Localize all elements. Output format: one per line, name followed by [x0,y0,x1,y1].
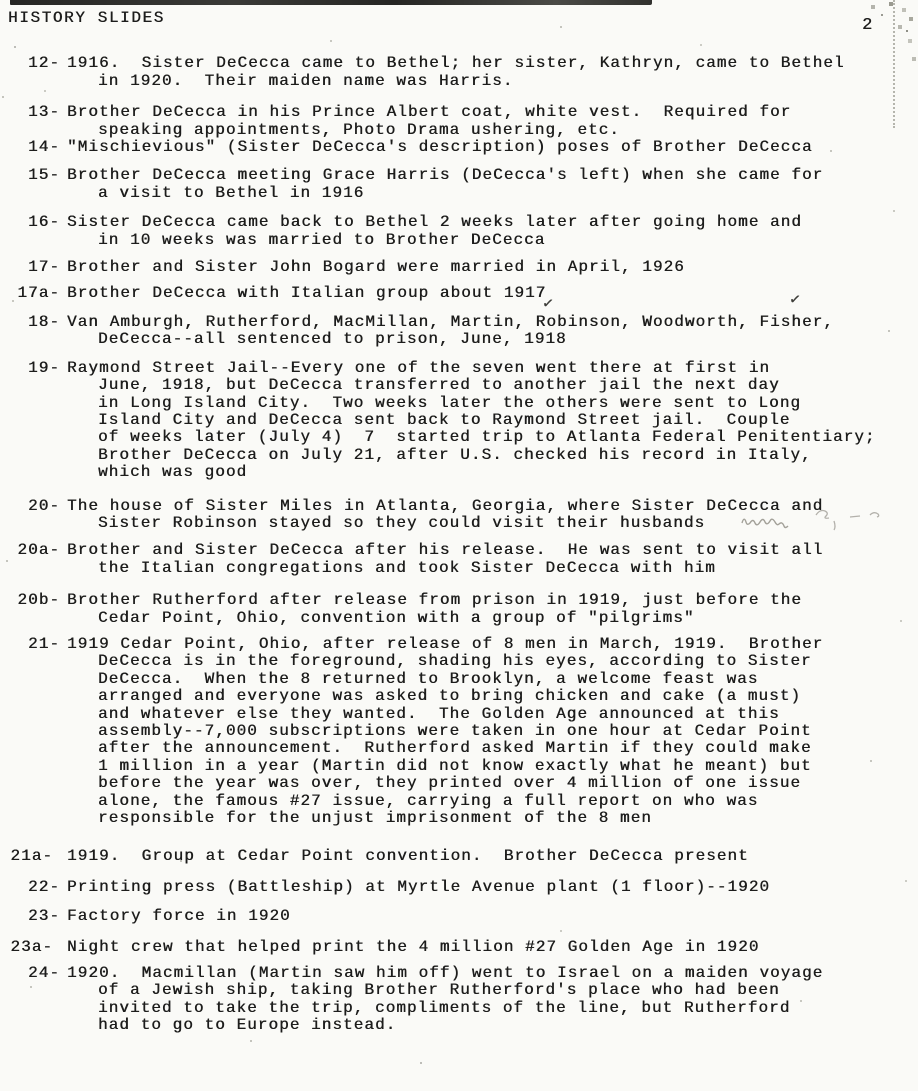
slide-description: 1919 Cedar Point, Ohio, after release of… [67,636,823,827]
slide-item-20b: 20b- Brother Rutherford after release fr… [8,592,918,627]
slide-description: Night crew that helped print the 4 milli… [67,939,759,956]
slide-description: 1916. Sister DeCecca came to Bethel; her… [67,55,845,90]
slide-number: 23- [8,908,60,925]
slide-item-17: 17- Brother and Sister John Bogard were … [8,259,918,276]
slide-number: 20b- [8,592,60,627]
slide-number: 19- [8,360,60,482]
slide-item-23a: 23a- Night crew that helped print the 4 … [8,939,918,956]
slide-item-13: 13- Brother DeCecca in his Prince Albert… [8,104,918,139]
slide-item-15: 15- Brother DeCecca meeting Grace Harris… [8,167,918,202]
slide-description: Brother Rutherford after release from pr… [67,592,802,627]
slide-number: 23a- [1,939,53,956]
slide-item-19: 19- Raymond Street Jail--Every one of th… [8,360,918,482]
scan-artifact-speckles [0,0,2,2]
slide-description: Raymond Street Jail--Every one of the se… [67,360,876,482]
slide-number: 17a- [8,285,60,302]
slide-item-21: 21- 1919 Cedar Point, Ohio, after releas… [8,636,918,827]
slide-description: Brother and Sister John Bogard were marr… [67,259,685,276]
slide-description: Brother DeCecca with Italian group about… [67,285,546,302]
slide-description: Factory force in 1920 [67,908,291,925]
handwritten-scribble [738,503,910,535]
slide-item-24: 24- 1920. Macmillan (Martin saw him off)… [8,965,918,1035]
slide-number: 18- [8,314,60,349]
slide-item-14: 14- "Mischievious" (Sister DeCecca's des… [8,139,918,156]
slide-item-20a: 20a- Brother and Sister DeCecca after hi… [8,542,918,577]
slide-list: 12- 1916. Sister DeCecca came to Bethel;… [8,55,918,1034]
slide-description: 1919. Group at Cedar Point convention. B… [67,848,749,865]
slide-item-21a: 21a- 1919. Group at Cedar Point conventi… [8,848,918,865]
page-title: HISTORY SLIDES [8,10,165,27]
slide-item-18: 18- Van Amburgh, Rutherford, MacMillan, … [8,314,918,349]
slide-description: Sister DeCecca came back to Bethel 2 wee… [67,214,802,249]
slide-number: 13- [8,104,60,139]
slide-item-22: 22- Printing press (Battleship) at Myrtl… [8,879,918,896]
slide-number: 21- [8,636,60,827]
slide-number: 20- [8,498,60,533]
slide-item-12: 12- 1916. Sister DeCecca came to Bethel;… [8,55,918,90]
scan-artifact-top-strip [10,0,652,5]
slide-item-17a: 17a- Brother DeCecca with Italian group … [8,285,918,302]
slide-description: Brother DeCecca in his Prince Albert coa… [67,104,791,139]
slide-description: Printing press (Battleship) at Myrtle Av… [67,879,770,896]
slide-number: 12- [8,55,60,90]
slide-description: Van Amburgh, Rutherford, MacMillan, Mart… [67,314,834,349]
slide-number: 24- [8,965,60,1035]
slide-number: 21a- [1,848,53,865]
slide-description: "Mischievious" (Sister DeCecca's descrip… [67,139,813,156]
slide-number: 14- [8,139,60,156]
slide-item-16: 16- Sister DeCecca came back to Bethel 2… [8,214,918,249]
header: HISTORY SLIDES [8,10,918,27]
slide-number: 17- [8,259,60,276]
slide-number: 15- [8,167,60,202]
slide-description: Brother and Sister DeCecca after his rel… [67,542,823,577]
slide-number: 20a- [8,542,60,577]
slide-description: Brother DeCecca meeting Grace Harris (De… [67,167,823,202]
slide-number: 16- [8,214,60,249]
page-number: 2 [862,16,873,35]
slide-description: The house of Sister Miles in Atlanta, Ge… [67,498,823,533]
slide-description: 1920. Macmillan (Martin saw him off) wen… [67,965,823,1035]
slide-number: 22- [8,879,60,896]
document-page: HISTORY SLIDES 2 12- 1916. Sister DeCecc… [0,0,918,1091]
slide-item-23: 23- Factory force in 1920 [8,908,918,925]
scan-artifact-edge-line [893,0,895,128]
